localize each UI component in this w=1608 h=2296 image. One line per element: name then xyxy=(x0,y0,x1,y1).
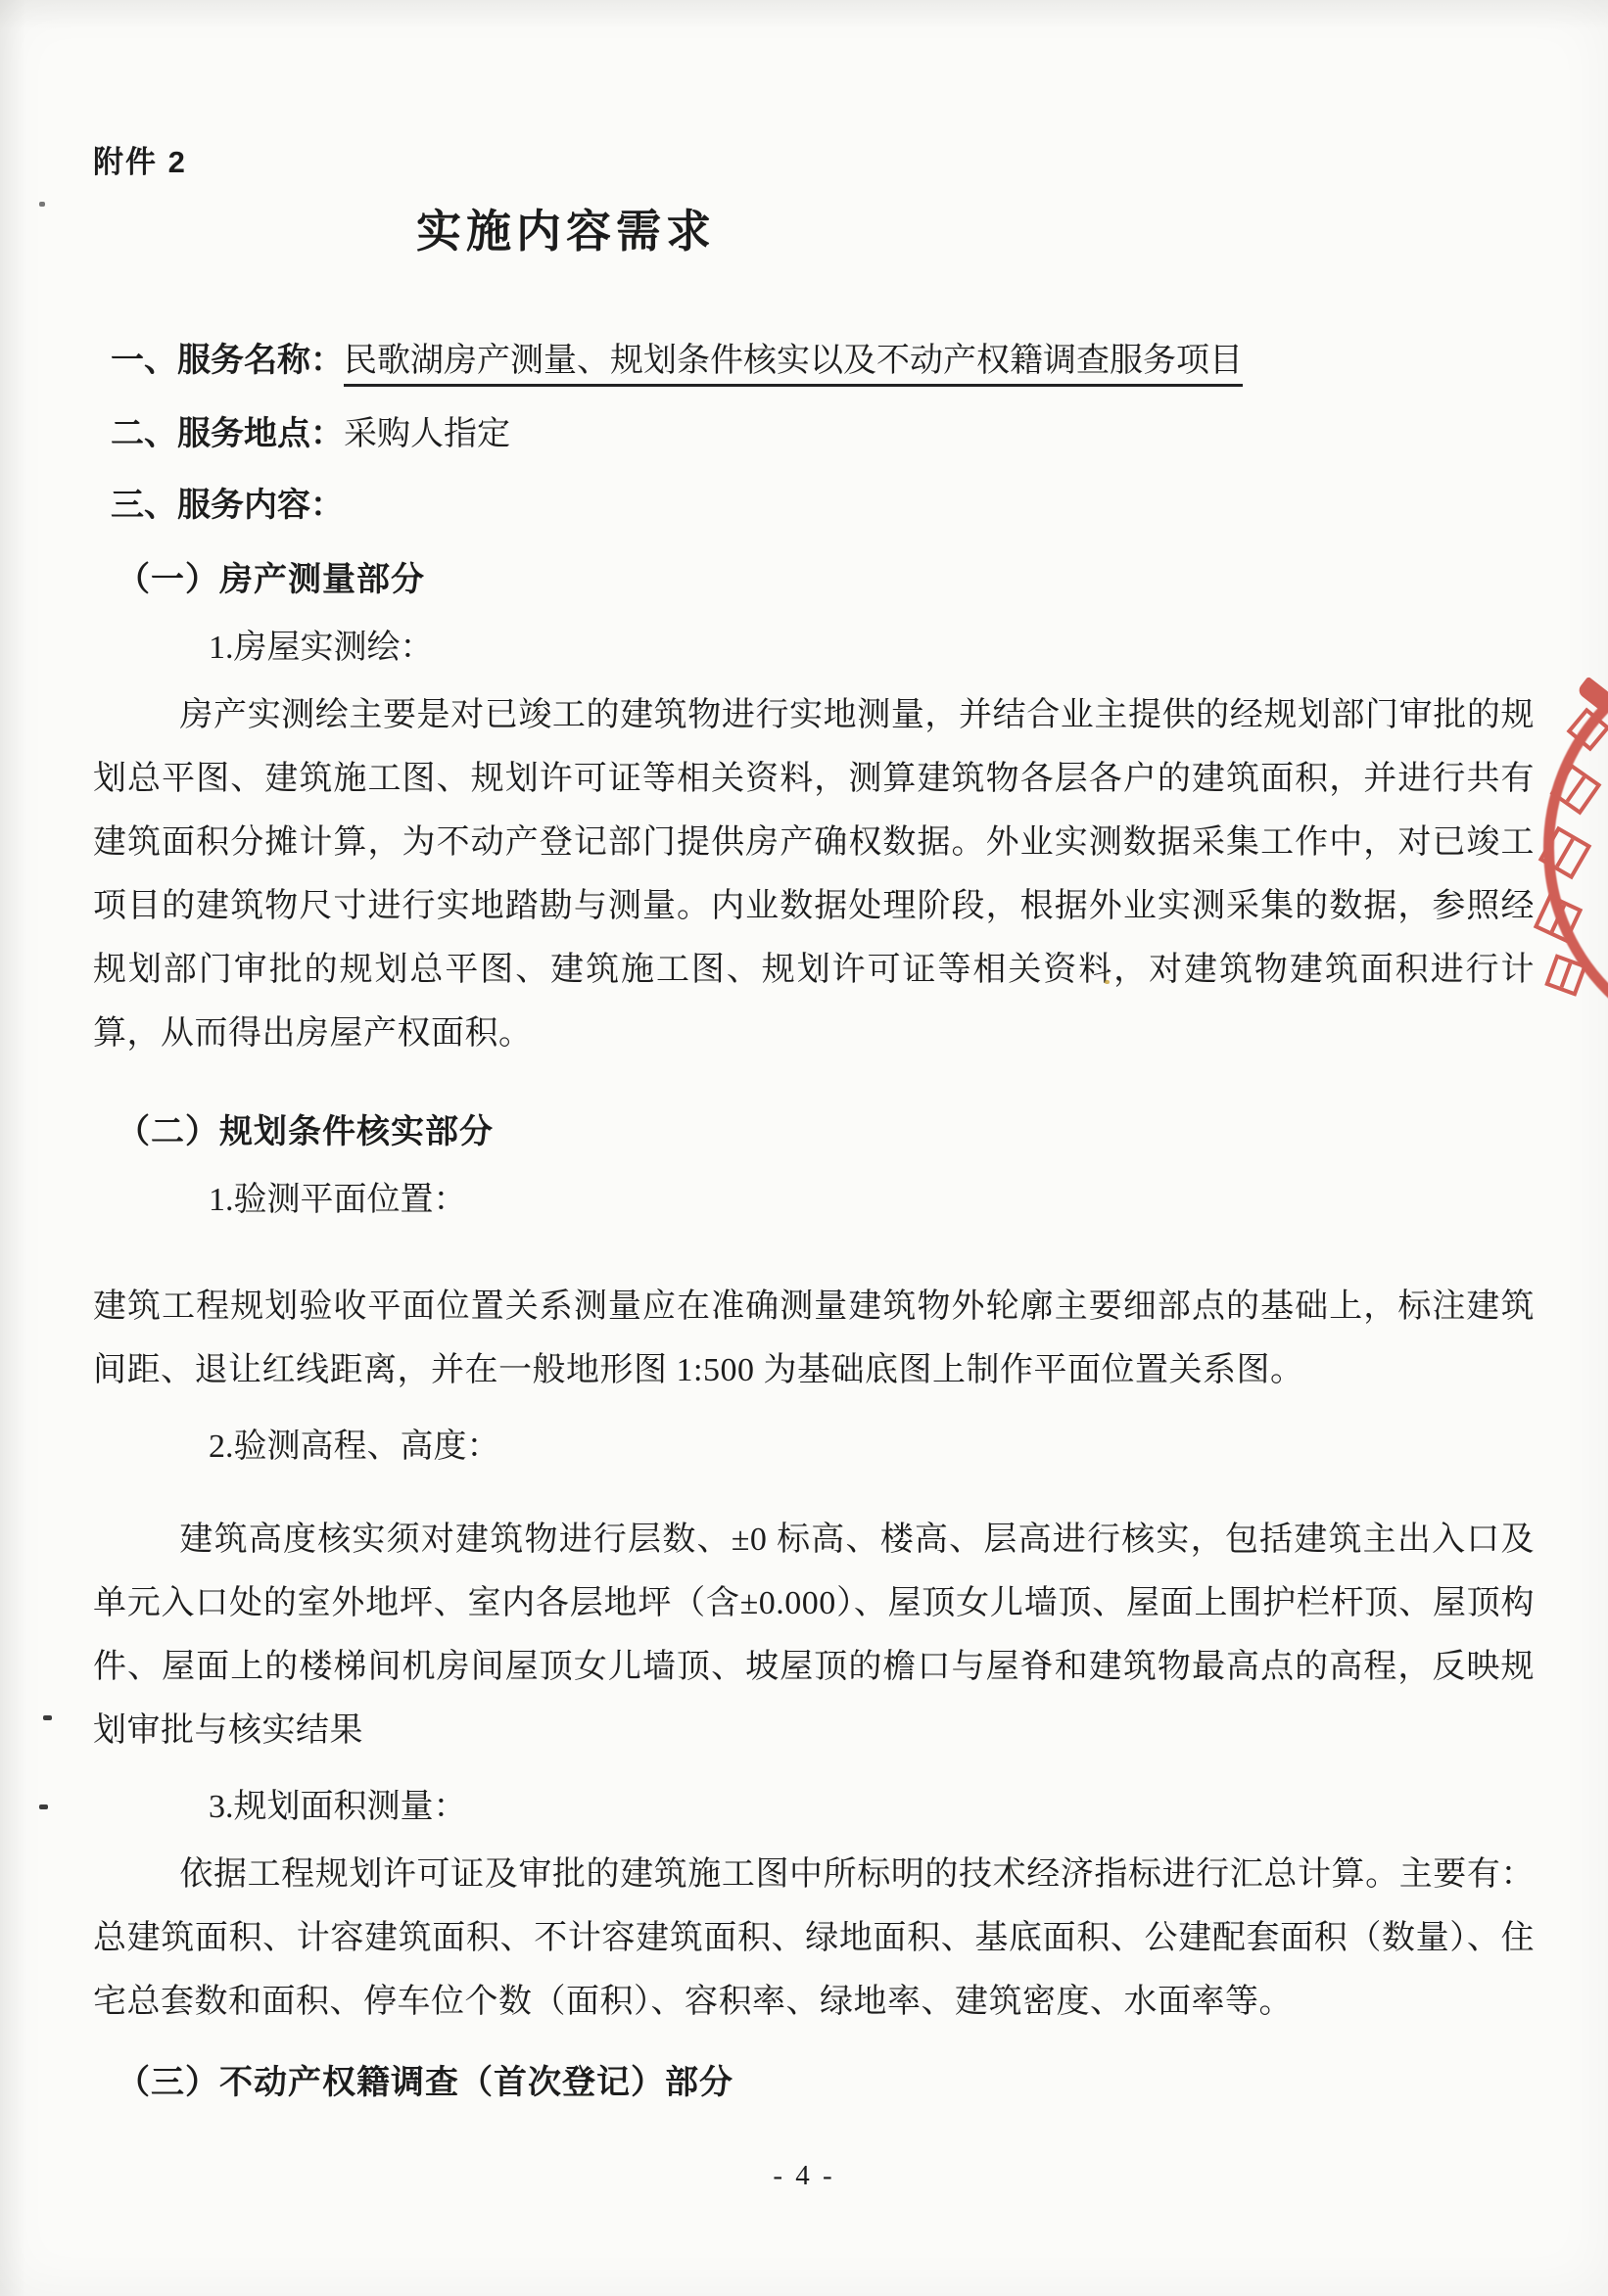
service-name-value: 民歌湖房产测量、规划条件核实以及不动产权籍调查服务项目 xyxy=(344,343,1243,387)
subheading-elevation-height: 2.验测高程、高度： xyxy=(93,1424,1535,1471)
service-name-row: 一、服务名称：民歌湖房产测量、规划条件核实以及不动产权籍调查服务项目 xyxy=(93,336,1535,386)
scan-speck xyxy=(39,202,45,207)
page-title: 实施内容需求 xyxy=(416,203,716,259)
section-heading-property-survey: （一）房产测量部分 xyxy=(93,556,1535,603)
section-heading-cadastral-survey: （三）不动产权籍调查（首次登记）部分 xyxy=(93,2059,1535,2106)
subheading-planning-area: 3.规划面积测量： xyxy=(93,1784,1535,1831)
subheading-plan-position: 1.验测平面位置： xyxy=(93,1177,1535,1224)
scan-speck xyxy=(1105,980,1110,984)
paragraph-planning-area: 依据工程规划许可证及审批的建筑施工图中所标明的技术经济指标进行汇总计算。主要有：… xyxy=(93,1843,1535,2034)
scan-speck xyxy=(43,1715,52,1720)
section-heading-planning-verification: （二）规划条件核实部分 xyxy=(93,1108,1535,1155)
service-location-label: 二、服务地点： xyxy=(111,415,344,452)
scanned-document-page: 附件 2 实施内容需求 一、服务名称：民歌湖房产测量、规划条件核实以及不动产权籍… xyxy=(0,0,1608,2296)
paragraph-house-survey: 房产实测绘主要是对已竣工的建筑物进行实地测量，并结合业主提供的经规划部门审批的规… xyxy=(93,683,1535,1065)
paragraph-elevation-height: 建筑高度核实须对建筑物进行层数、±0 标高、楼高、层高进行核实，包括建筑主出入口… xyxy=(93,1508,1535,1762)
subheading-house-survey: 1.房屋实测绘： xyxy=(93,625,1535,672)
service-location-value: 采购人指定 xyxy=(344,416,510,452)
document-content: 附件 2 实施内容需求 一、服务名称：民歌湖房产测量、规划条件核实以及不动产权籍… xyxy=(0,0,1608,2106)
paragraph-plan-position: 建筑工程规划验收平面位置关系测量应在准确测量建筑物外轮廓主要细部点的基础上，标注… xyxy=(93,1275,1535,1402)
service-content-row: 三、服务内容： xyxy=(93,481,1535,531)
scan-speck xyxy=(39,1804,48,1809)
service-name-label: 一、服务名称： xyxy=(111,342,344,379)
attachment-label: 附件 2 xyxy=(93,142,1535,183)
service-location-row: 二、服务地点：采购人指定 xyxy=(93,409,1535,459)
service-content-label: 三、服务内容： xyxy=(111,487,344,524)
page-number: - 4 - xyxy=(0,2160,1608,2192)
